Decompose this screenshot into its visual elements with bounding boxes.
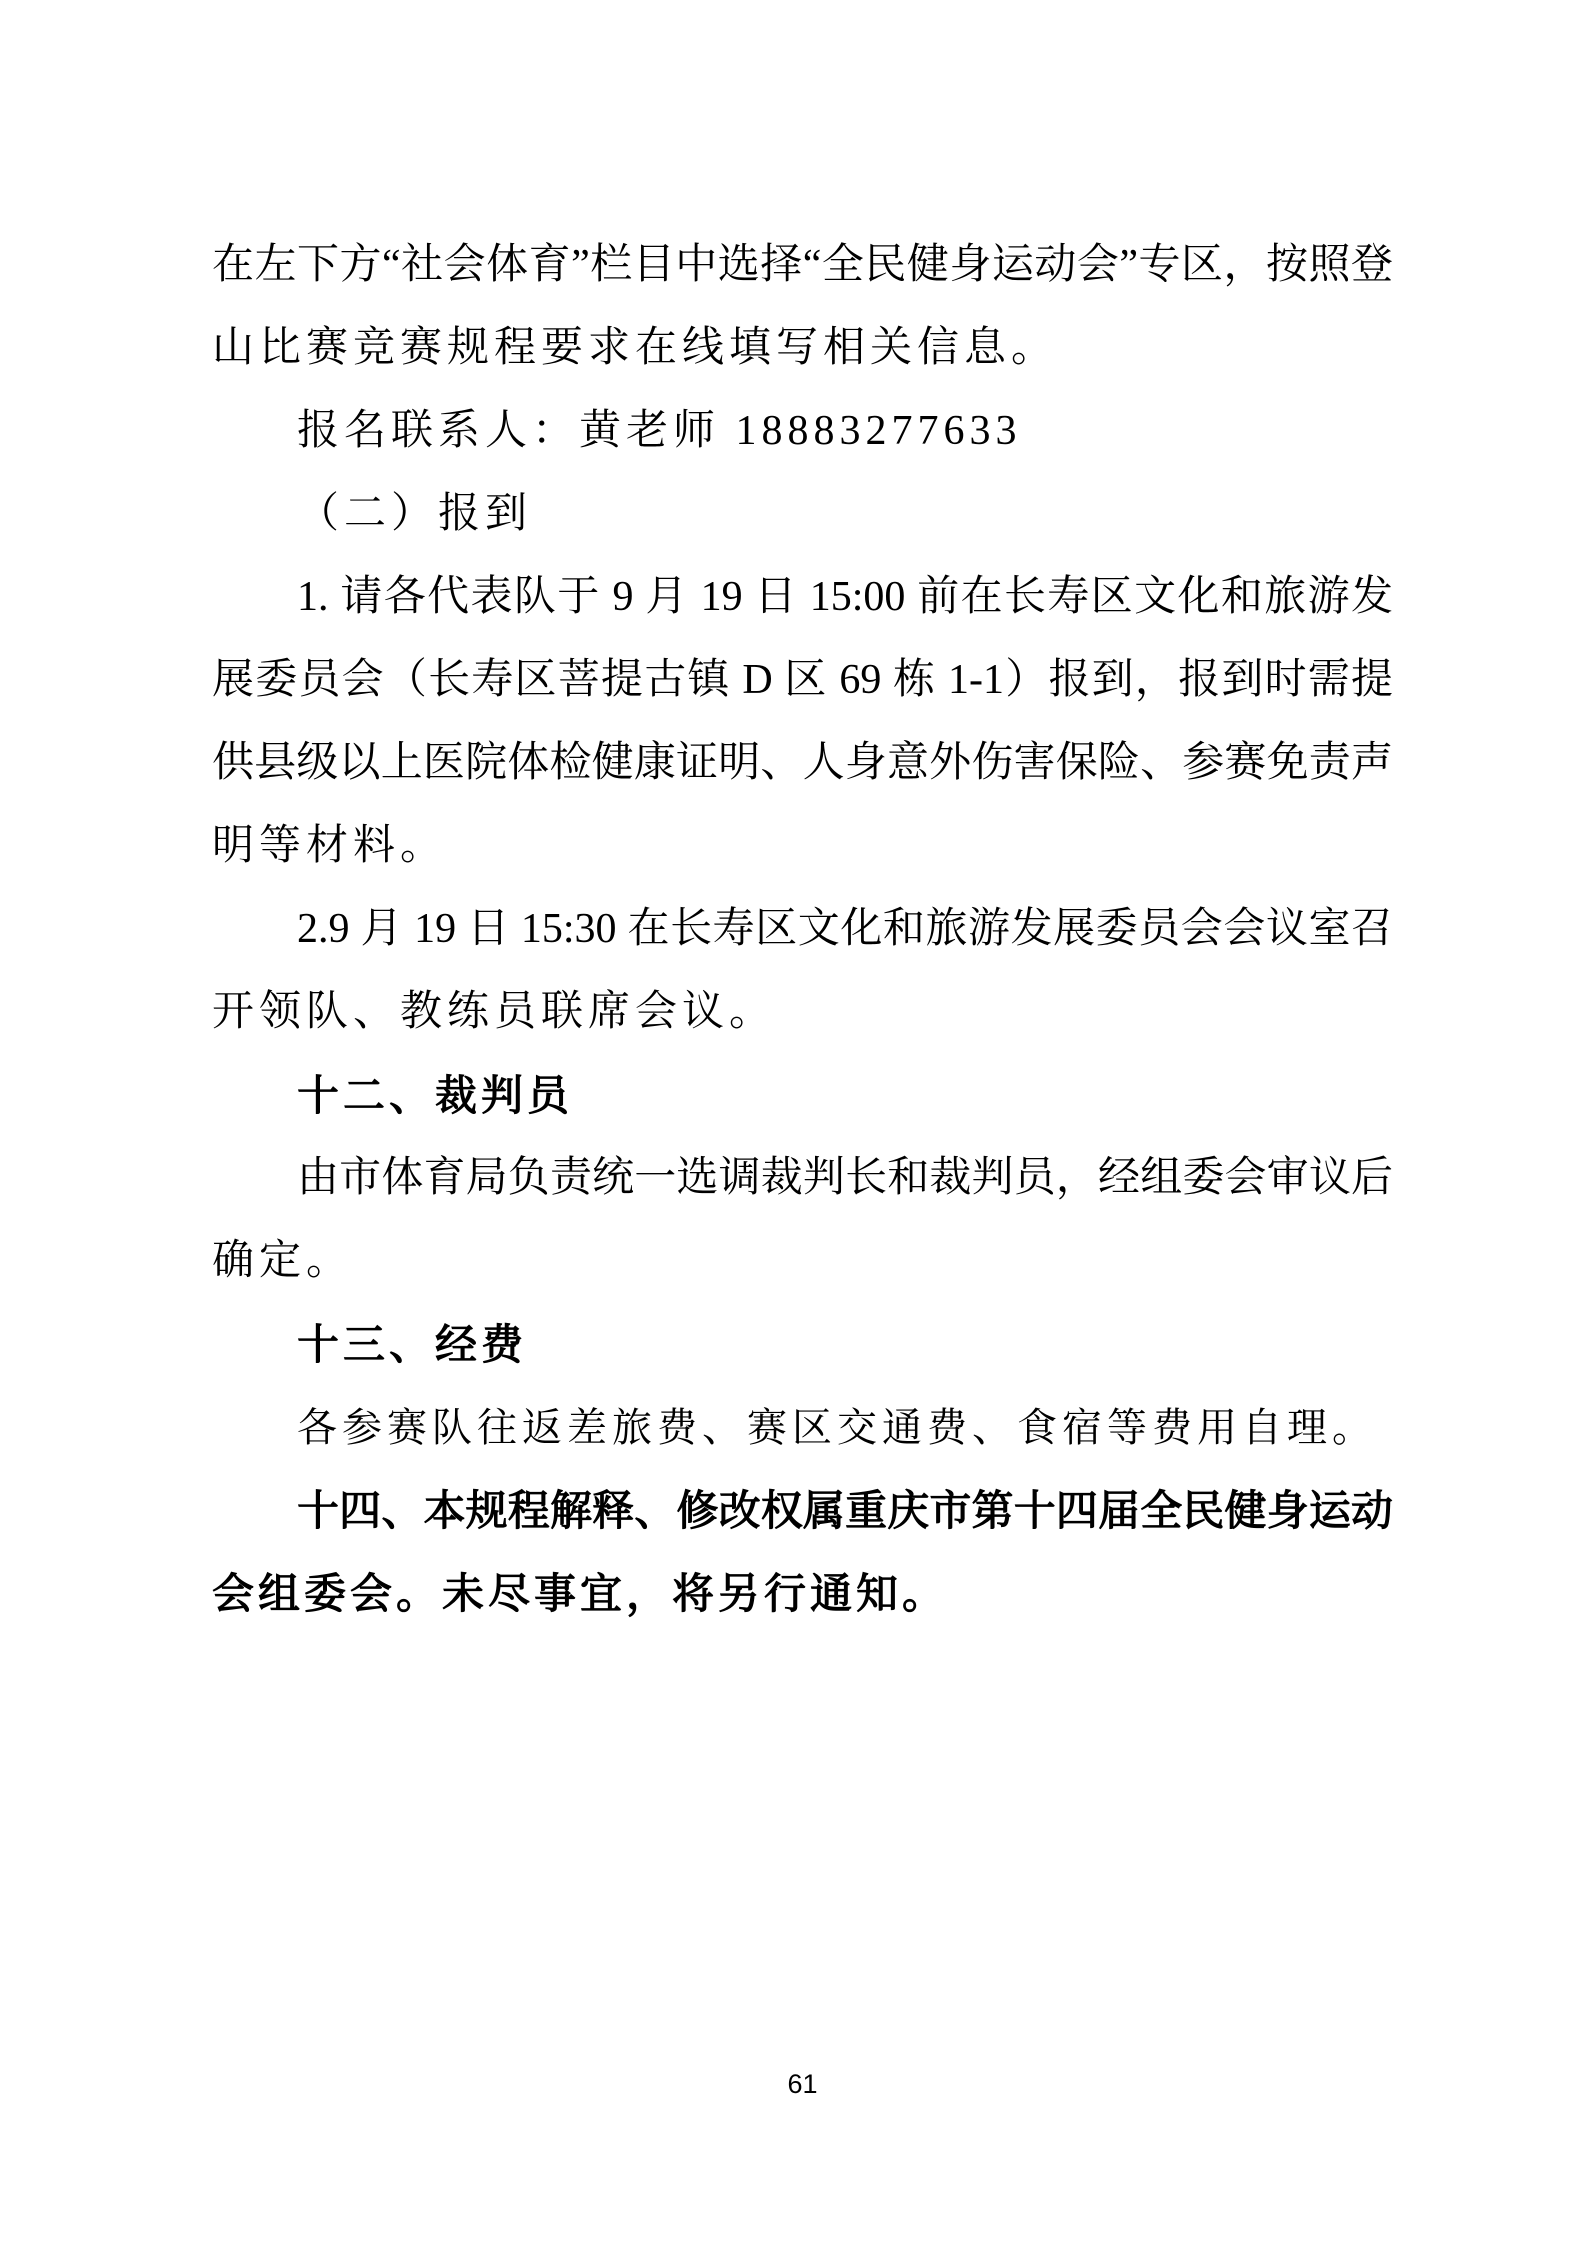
section-heading-line: 十四、本规程解释、修改权属重庆市第十四届全民健身运动 [212, 1469, 1393, 1552]
text-line: 展委员会（长寿区菩提古镇 D 区 69 栋 1-1）报到，报到时需提 [212, 639, 1393, 722]
page-number: 61 [212, 2062, 1393, 2106]
section-heading-line: 会组委会。未尽事宜，将另行通知。 [212, 1552, 1393, 1635]
text-line: 明等材料。 [212, 805, 1393, 888]
text-line: 由市体育局负责统一选调裁判长和裁判员，经组委会审议后 [212, 1137, 1393, 1220]
document-body: 在左下方“社会体育”栏目中选择“全民健身运动会”专区，按照登山比赛竞赛规程要求在… [212, 224, 1393, 1635]
text-line: 山比赛竞赛规程要求在线填写相关信息。 [212, 307, 1393, 390]
text-line: 2.9 月 19 日 15:30 在长寿区文化和旅游发展委员会会议室召 [212, 888, 1393, 971]
text-line: 确定。 [212, 1220, 1393, 1303]
document-page: 在左下方“社会体育”栏目中选择“全民健身运动会”专区，按照登山比赛竞赛规程要求在… [0, 0, 1587, 2245]
text-line: 各参赛队往返差旅费、赛区交通费、食宿等费用自理。 [212, 1386, 1393, 1469]
text-line: （二）报到 [212, 473, 1393, 556]
text-line: 供县级以上医院体检健康证明、人身意外伤害保险、参赛免责声 [212, 722, 1393, 805]
text-line: 报名联系人：黄老师 18883277633 [212, 390, 1393, 473]
text-line: 1. 请各代表队于 9 月 19 日 15:00 前在长寿区文化和旅游发 [212, 556, 1393, 639]
text-line: 在左下方“社会体育”栏目中选择“全民健身运动会”专区，按照登 [212, 224, 1393, 307]
text-line: 开领队、教练员联席会议。 [212, 971, 1393, 1054]
section-heading-line: 十三、经费 [212, 1303, 1393, 1386]
section-heading-line: 十二、裁判员 [212, 1054, 1393, 1137]
